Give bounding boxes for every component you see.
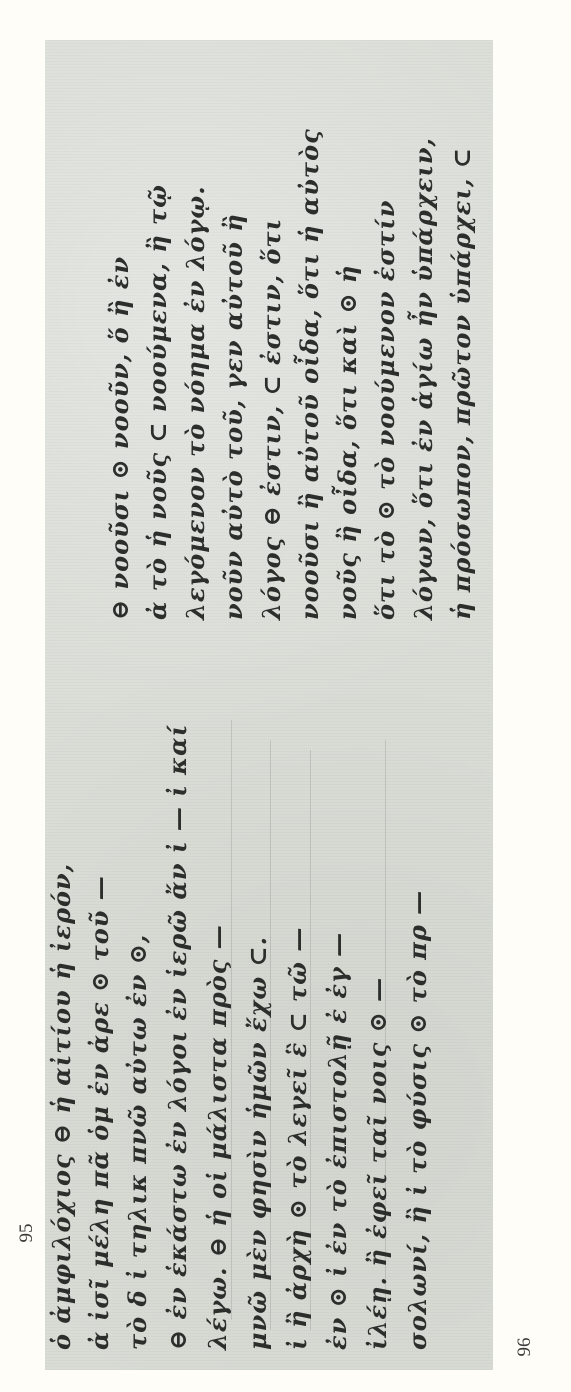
- manuscript-line: ἰ ἢ ἀρχὴ ⊙ τὸ λεγεῖ ἓ ⊂ τῶ —: [281, 740, 315, 1350]
- manuscript-line: τὸ δ ἰ τηλικ πνῶ αὐτω ἐν ⊙,: [121, 740, 155, 1350]
- manuscript-plate: ἡ πρόσωπον, πρῶτον ὑπάρχει, ⊂ λόγων, ὅτι…: [45, 40, 493, 1370]
- manuscript-line: ὁ ἀμφιλόχιος ⊖ ἡ αἰτίου ἡ ἰερόν,: [45, 740, 79, 1350]
- manuscript-line: ἀ ἰσῖ μέλη πᾶ ὁμ ἐν ἀρε ⊙ τοῦ —: [83, 740, 117, 1350]
- manuscript-line: ἐν ⊙ ἰ ἐν τὸ ἐπιστολῇ ἐ ἐγ —: [321, 740, 355, 1350]
- manuscript-line: ⊖ νοοῦσι ⊙ νοοῦν, ὅ ἢ ἐν: [103, 60, 137, 620]
- manuscript-line: νοοῦσι ἢ αὐτοῦ οἶδα, ὅτι ἡ αὐτὸς: [293, 60, 327, 620]
- manuscript-line: νοῦν αὐτὸ τοῦ, γεν αὐτοῦ ἢ: [217, 60, 251, 620]
- manuscript-line: ἀ τὸ ἡ νοῦς ⊂ νοούμενα, ἢ τῷ: [141, 60, 175, 620]
- page-number-95: 95: [16, 1216, 38, 1250]
- page-number-96: 96: [514, 1330, 536, 1364]
- manuscript-line: λέγω. ⊖ ἡ οἱ μάλιστα πρὸς —: [201, 740, 235, 1350]
- manuscript-line: ἰλέῃ. ἢ ἐφεῖ ταῖ νοις ⊙ —: [361, 740, 395, 1350]
- manuscript-line: ἡ πρόσωπον, πρῶτον ὑπάρχει, ⊂: [445, 60, 479, 620]
- manuscript-line: λόγων, ὅτι ἐν ἁγίω ἦν ὑπάρχειν,: [407, 60, 441, 620]
- manuscript-line: ⊖ ἐν ἑκάστω ἐν λόγοι ἐν ἱερῶ ἄν ἰ — ἰ κα…: [161, 740, 195, 1350]
- manuscript-line: μνῶ μὲν φησὶν ἡμῶν ἔχω ⊂.: [241, 740, 275, 1350]
- manuscript-line: ὅτι τὸ ⊙ τὸ νοούμενον ἐστίν: [369, 60, 403, 620]
- manuscript-line: σολωνί, ἢ ἰ τὸ φύσις ⊙ τὸ πρ —: [401, 740, 435, 1350]
- manuscript-line: νοῦς ἢ οἶδα, ὅτι καὶ ⊙ ἡ: [331, 60, 365, 620]
- manuscript-block-lower: ὁ ἀμφιλόχιος ⊖ ἡ αἰτίου ἡ ἰερόν, ἀ ἰσῖ μ…: [45, 650, 493, 1370]
- manuscript-line: λόγος ⊖ ἐστιν, ⊂ ἐστιν, ὅτι: [255, 60, 289, 620]
- manuscript-line: λεγόμενον τὸ νόημα ἐν λόγῳ.: [179, 60, 213, 620]
- manuscript-block-upper: ἡ πρόσωπον, πρῶτον ὑπάρχει, ⊂ λόγων, ὅτι…: [45, 40, 493, 650]
